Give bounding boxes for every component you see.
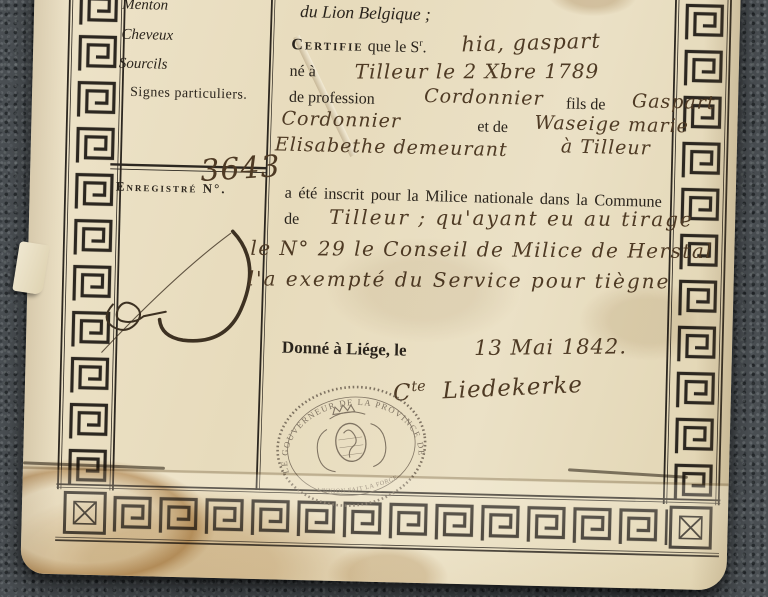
commune-handwritten: Tilleur ; qu'ayant eu au tirage xyxy=(329,205,694,232)
ne-a-label: né à xyxy=(289,63,316,82)
governor-stamp-svg: LE GOUVERNEUR DE LA PROVINCE DE LIÉGE L'… xyxy=(264,372,440,522)
et-de-label: et de xyxy=(477,118,508,137)
birth-handwritten: Tilleur le 2 Xbre 1789 xyxy=(355,59,600,83)
date-handwritten: 13 Mai 1842. xyxy=(474,334,627,360)
registered-number: 3643 xyxy=(199,149,281,189)
father-name-handwritten: Gaspart xyxy=(632,90,716,114)
certifie-word: Certifie xyxy=(291,36,364,55)
que-le-s: que le S xyxy=(367,38,419,56)
recruit-name-handwritten: hia, gaspart xyxy=(461,29,601,57)
corner-ornament-bottom-left xyxy=(64,492,105,533)
stamp-supporter-right xyxy=(368,422,389,467)
descriptor-sourcils: Sourcils xyxy=(119,56,168,74)
fils-de-label: fils de xyxy=(566,95,606,114)
descriptor-cheveux: Cheveux xyxy=(121,27,173,45)
profession-handwritten: Cordonnier xyxy=(424,85,544,110)
paper-sheet: Menton Cheveux Sourcils Signes particuli… xyxy=(20,0,741,591)
council-handwritten: le N° 29 le Conseil de Milice de Herstal xyxy=(250,236,713,263)
mother-name-handwritten: Waseige marie xyxy=(534,112,689,138)
exemption-handwritten: l'a exempté du Service pour tiègne xyxy=(248,266,671,293)
profession-label: de profession xyxy=(289,89,375,109)
stamp-supporter-left xyxy=(315,429,336,474)
de-label: de xyxy=(284,211,300,229)
photo-of-certificate: Menton Cheveux Sourcils Signes particuli… xyxy=(0,0,768,597)
stamp-shield xyxy=(333,422,368,464)
donne-a-liege-label: Donné à Liége, le xyxy=(282,338,407,361)
descriptor-menton: Menton xyxy=(122,0,168,15)
father-profession-handwritten: Cordonnier xyxy=(281,108,401,133)
residence-handwritten: à Tilleur xyxy=(561,135,651,159)
descriptor-signes-particuliers: Signes particuliers. xyxy=(130,85,248,104)
order-of-lion-line: du Lion Belgique ; xyxy=(300,1,431,25)
s-period: . xyxy=(422,39,426,56)
corner-ornament-bottom-right xyxy=(670,507,711,548)
certifie-line-printed: Certifie que le Sr. xyxy=(291,35,427,58)
